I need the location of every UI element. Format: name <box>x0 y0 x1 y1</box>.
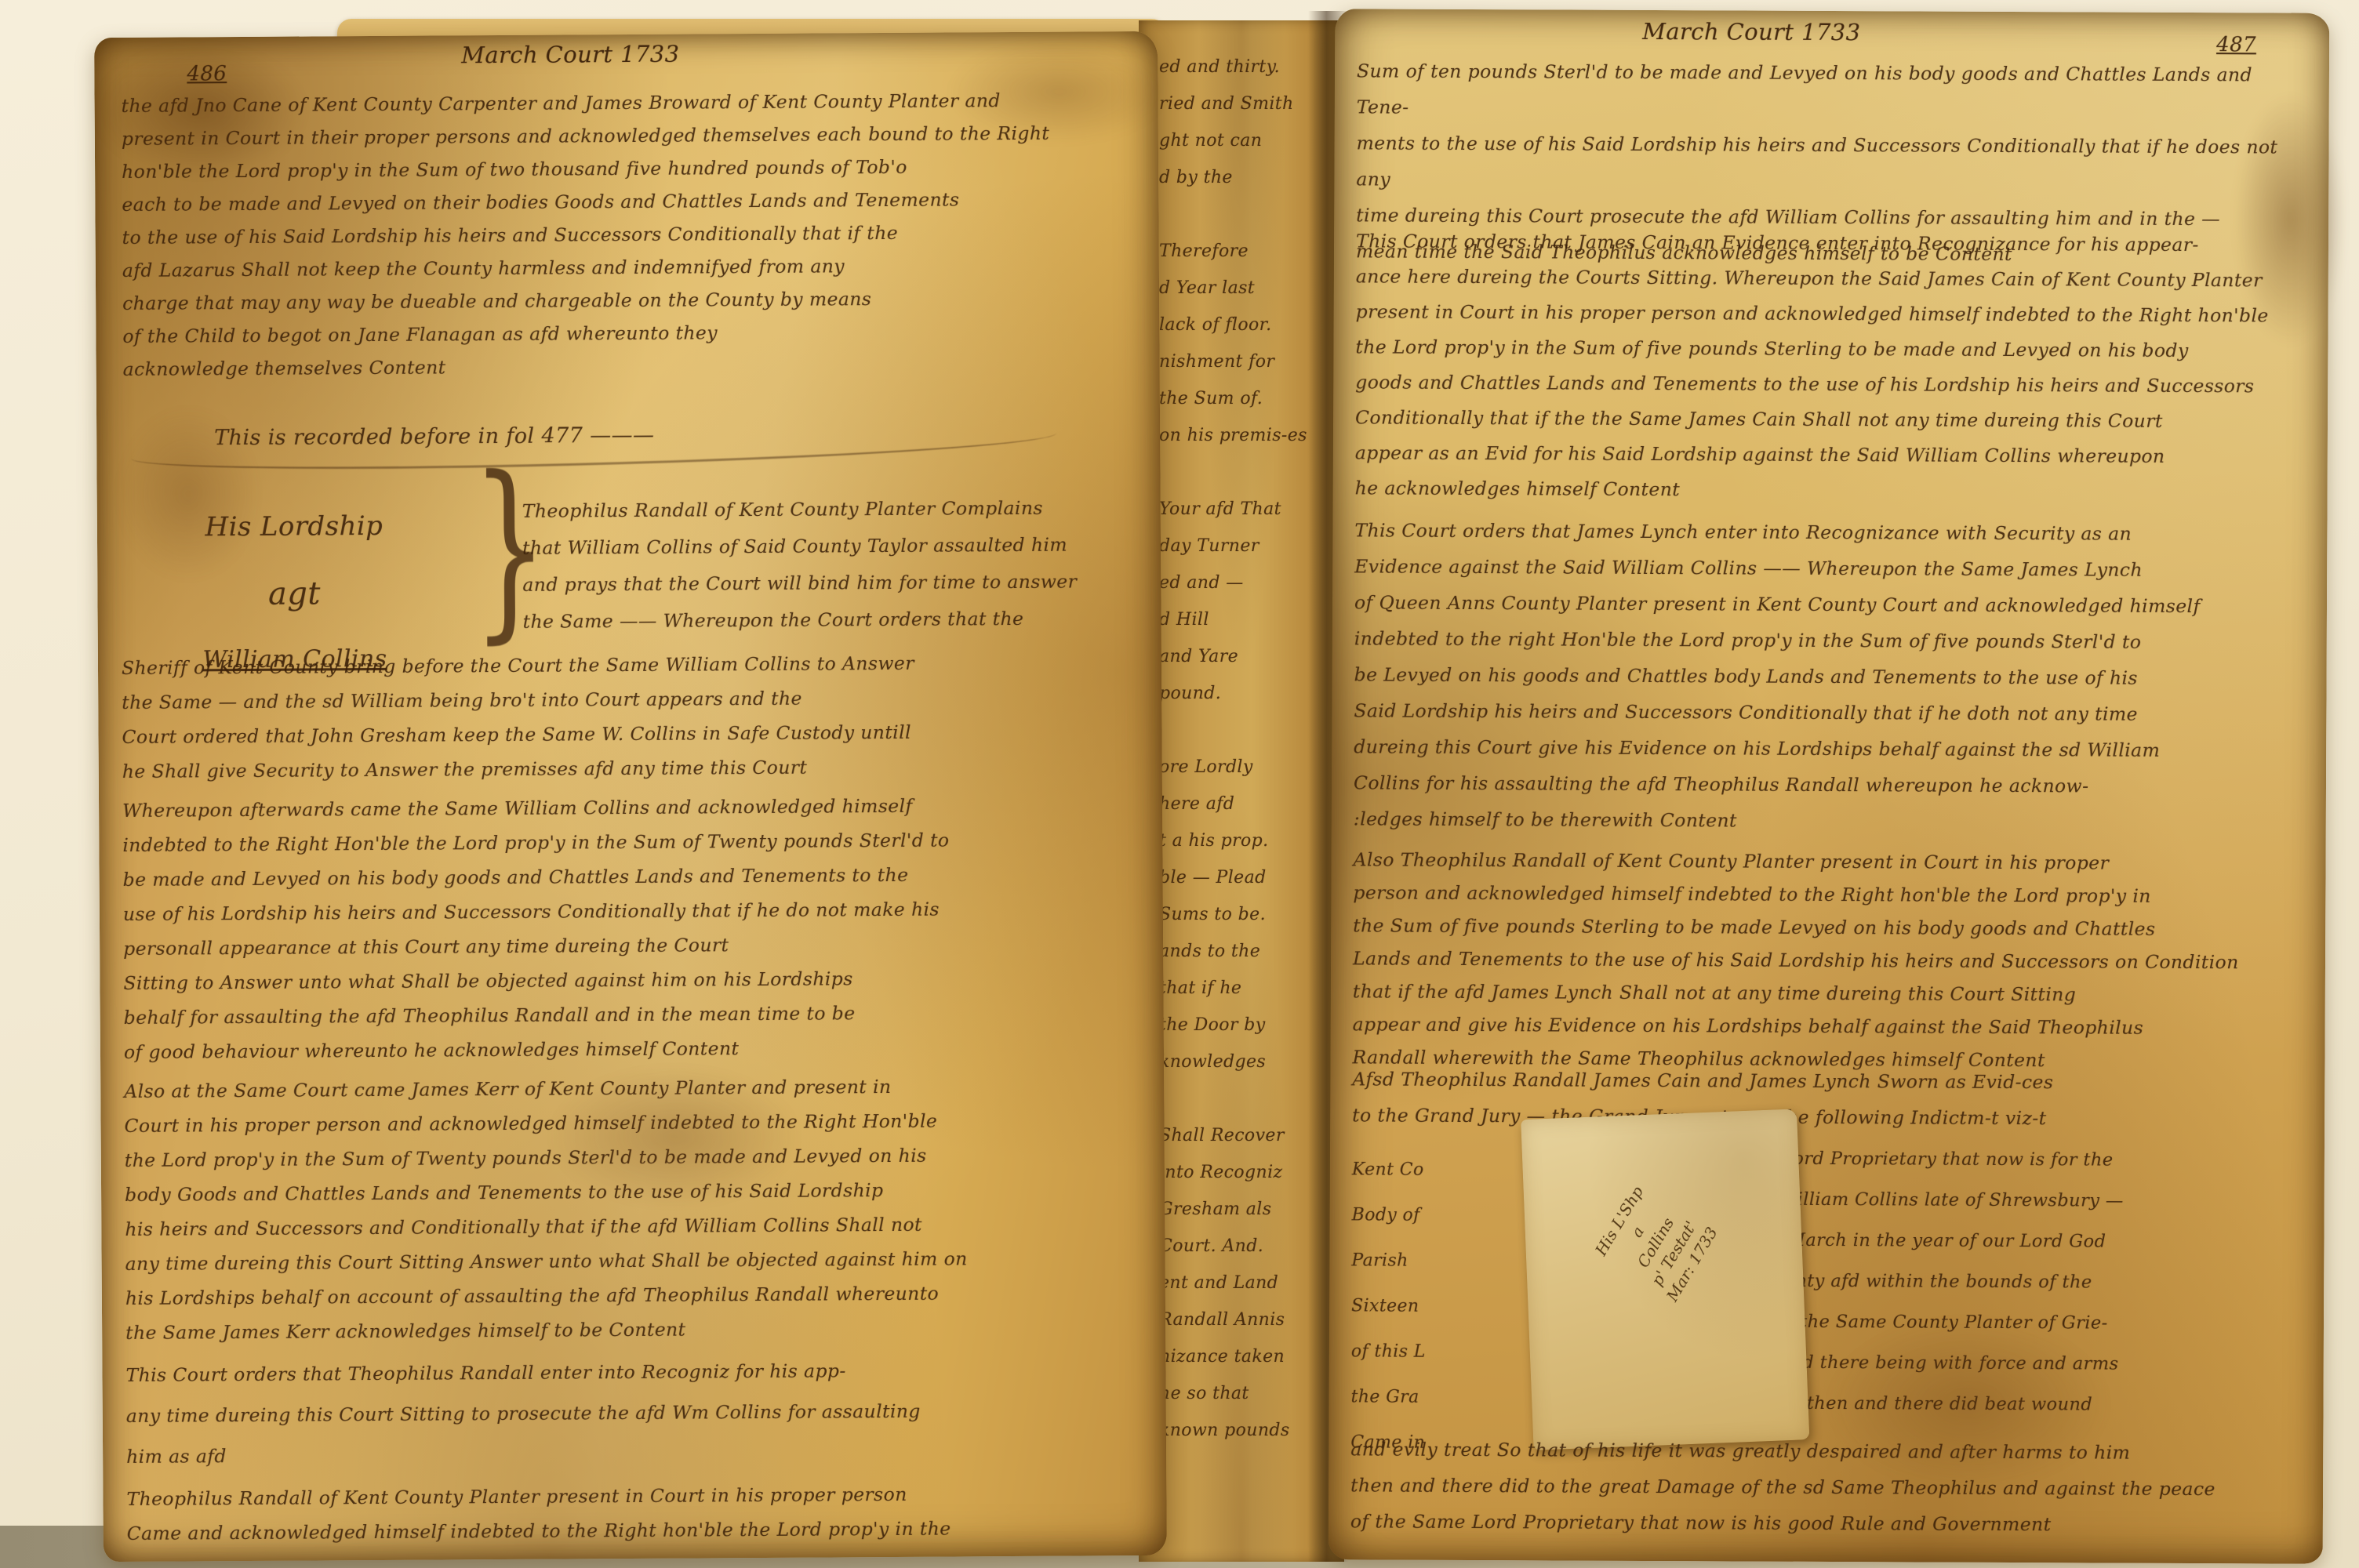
right-paragraph-closing: and evily treat So that of his life it w… <box>1350 1431 2303 1543</box>
photo-backdrop: ed and thirty. ried and Smith ght not ca… <box>0 0 2359 1568</box>
slip-endorsement-text: His L'Shp a Collins p' Testat' Mar: 1733 <box>1554 1121 1757 1364</box>
left-page: 486 March Court 1733 the afd Jno Cane of… <box>94 31 1167 1562</box>
margin-party-plaintiff: His Lordship <box>118 502 471 551</box>
attached-slip: His L'Shp a Collins p' Testat' Mar: 1733 <box>1521 1109 1809 1450</box>
left-page-number: 486 <box>187 62 227 85</box>
left-paragraph-kerr-surety: Also at the Same Court came James Kerr o… <box>124 1068 1147 1350</box>
margin-versus: agt <box>118 564 471 624</box>
left-paragraph-sheriff-order: Sheriff of Kent County bring before the … <box>122 644 1143 789</box>
right-paragraph-randall-evidence-bond: Also Theophilus Randall of Kent County P… <box>1352 843 2305 1077</box>
left-paragraph-randall-indebted: Theophilus Randall of Kent County Plante… <box>126 1475 1148 1551</box>
indictment-fragments-left: Kent Co Body of Parish Sixteen of this L… <box>1350 1147 1509 1466</box>
left-paragraph-collins-recognizance: Whereupon afterwards came the Same Willi… <box>122 787 1145 1069</box>
left-paragraph-randall-recogniz-order: This Court orders that Theophilus Randal… <box>125 1348 1147 1477</box>
left-paragraph-randall-complaint: Theophilus Randall of Kent County Plante… <box>522 489 1135 641</box>
left-paragraph-recognizance-cane-broward: the afd Jno Cane of Kent County Carpente… <box>121 83 1139 386</box>
left-page-header: March Court 1733 <box>461 41 679 69</box>
right-page-header: March Court 1733 <box>1642 18 1860 45</box>
middle-page-fragments: ed and thirty. ried and Smith ght not ca… <box>1159 49 1332 1449</box>
right-page: March Court 1733 487 Sum of ten pounds S… <box>1329 9 2330 1564</box>
right-paragraph-witnesses-sworn: Afsd Theophilus Randall James Cain and J… <box>1352 1061 2304 1137</box>
right-paragraph-cain-recognizance: This Court orders that James Cain an Evi… <box>1355 223 2309 510</box>
right-paragraph-lynch-recognizance: This Court orders that James Lynch enter… <box>1354 512 2307 840</box>
right-page-number: 487 <box>2216 33 2256 56</box>
